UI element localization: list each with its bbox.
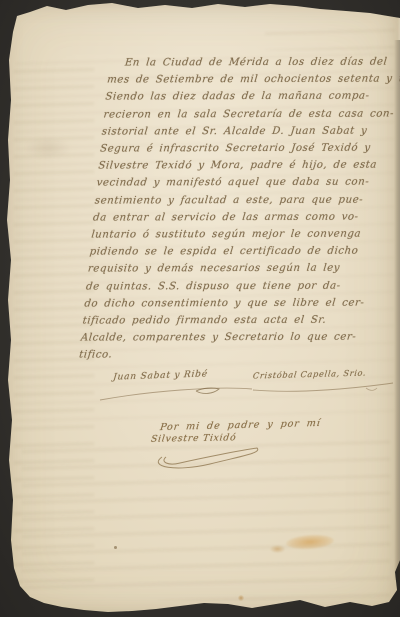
signature-firmante: Silvestre Tixidó (150, 432, 237, 445)
manuscript-line: pidiendo se le espida el certificado de … (89, 243, 395, 261)
manuscript-line: En la Ciudad de Mérida a los diez días d… (108, 53, 400, 71)
manuscript-line: Siendo las diez dadas de la mañana compa… (104, 88, 400, 106)
manuscript-line: Silvestre Texidó y Mora, padre é hijo, d… (97, 157, 400, 175)
manuscript-line: tifico. (78, 346, 384, 364)
scan-background: En la Ciudad de Mérida a los diez días d… (0, 0, 400, 617)
manuscript-text: En la Ciudad de Mérida a los diez días d… (78, 53, 400, 364)
bleedthrough-texture (22, 440, 390, 600)
rust-speck (270, 545, 285, 553)
manuscript-line: vecindad y manifestó aquel que daba su c… (96, 174, 400, 192)
manuscript-line: do dicho consentimiento y que se libre e… (83, 294, 389, 312)
signature-secretario: Cristóbal Capella, Srio. (252, 367, 367, 380)
manuscript-line: sentimiento y facultad a este, para que … (94, 191, 400, 209)
manuscript-line: sistorial ante el Sr. Alcalde D. Juan Sa… (101, 122, 400, 140)
manuscript-line: da entrar al servicio de las armas como … (92, 208, 398, 226)
signature-attestation: Por mi de padre y por mí (159, 418, 321, 433)
manuscript-line: mes de Setiembre de mil ochocientos sete… (106, 71, 400, 89)
manuscript-line: Alcalde, comparentes y Secretario lo que… (80, 329, 386, 347)
manuscript-page: En la Ciudad de Mérida a los diez días d… (0, 0, 400, 617)
manuscript-line: Segura é infrascrito Secretario José Tex… (99, 139, 400, 157)
margin-smudge (26, 138, 70, 158)
rust-stain (286, 533, 335, 550)
manuscript-line: tificado pedido firmando esta acta el Sr… (82, 312, 388, 330)
ink-dot (238, 595, 244, 601)
manuscript-line: requisito y demás necesarios según la le… (87, 260, 393, 278)
ink-dot (114, 546, 117, 549)
manuscript-line: luntario ó sustituto según mejor le conv… (90, 226, 396, 244)
manuscript-line: de quintas. S.S. dispuso que tiene por d… (85, 277, 391, 295)
bleedthrough-texture (265, 22, 395, 50)
manuscript-line: recieron en la sala Secretaría de esta c… (103, 105, 400, 123)
signature-alcalde: Juan Sabat y Ribé (113, 369, 209, 382)
